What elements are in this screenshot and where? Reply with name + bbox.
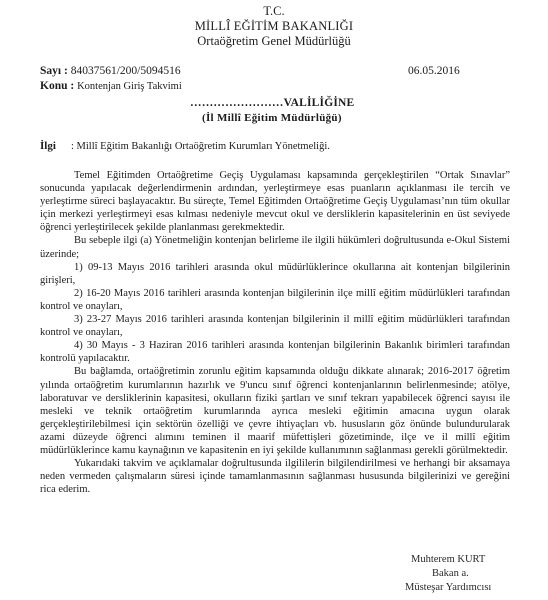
subject: Konu : Kontenjan Giriş Takvimi <box>40 79 182 94</box>
paragraph-intro: Temel Eğitimden Ortaöğretime Geçiş Uygul… <box>40 169 510 234</box>
schedule-item-3: 3) 23-27 Mayıs 2016 tarihleri arasında k… <box>40 313 510 339</box>
paragraph-closing: Yukarıdaki takvim ve açıklamalar doğrult… <box>40 457 510 496</box>
header-tc: T.C. <box>0 4 548 19</box>
signatory-name: Muhterem KURT <box>405 553 515 567</box>
reference-number: Sayı : 84037561/200/5094516 <box>40 64 181 78</box>
letter-body: Temel Eğitimden Ortaöğretime Geçiş Uygul… <box>40 169 510 496</box>
signature-block: Muhterem KURT Bakan a. Müsteşar Yardımcı… <box>405 553 515 595</box>
sayi-label: Sayı <box>40 65 61 77</box>
addressee-directorate: (İl Millî Eğitim Müdürlüğü) <box>202 111 342 125</box>
paragraph-reason: Bu sebeple ilgi (a) Yönetmeliğin kontenj… <box>40 234 510 260</box>
schedule-item-1: 1) 09-13 Mayıs 2016 tarihleri arasında o… <box>40 261 510 287</box>
sayi-separator: : <box>61 65 71 77</box>
paragraph-context: Bu bağlamda, ortaöğretimin zorunlu eğiti… <box>40 365 510 457</box>
reference-line: İlgi: Millî Eğitim Bakanlığı Ortaöğretim… <box>40 139 330 154</box>
addressee-governorship: ……………………VALİLİĞİNE <box>190 96 354 110</box>
ilgi-label: İlgi <box>40 139 71 153</box>
konu-label: Konu <box>40 80 68 92</box>
sayi-value: 84037561/200/5094516 <box>71 65 181 77</box>
signatory-title-2: Müsteşar Yardımcısı <box>405 581 515 595</box>
header-ministry: MİLLÎ EĞİTİM BAKANLIĞI <box>0 19 548 34</box>
schedule-item-4: 4) 30 Mayıs - 3 Haziran 2016 tarihleri a… <box>40 339 510 365</box>
schedule-item-2: 2) 16-20 Mayıs 2016 tarihleri arasında k… <box>40 287 510 313</box>
letter-date: 06.05.2016 <box>408 64 460 78</box>
konu-separator: : <box>68 80 78 92</box>
header-directorate: Ortaöğretim Genel Müdürlüğü <box>0 34 548 49</box>
ilgi-value: : Millî Eğitim Bakanlığı Ortaöğretim Kur… <box>71 141 330 152</box>
konu-value: Kontenjan Giriş Takvimi <box>77 81 182 92</box>
official-letter: T.C. MİLLÎ EĞİTİM BAKANLIĞI Ortaöğretim … <box>0 0 548 600</box>
signatory-title-1: Bakan a. <box>405 567 515 581</box>
